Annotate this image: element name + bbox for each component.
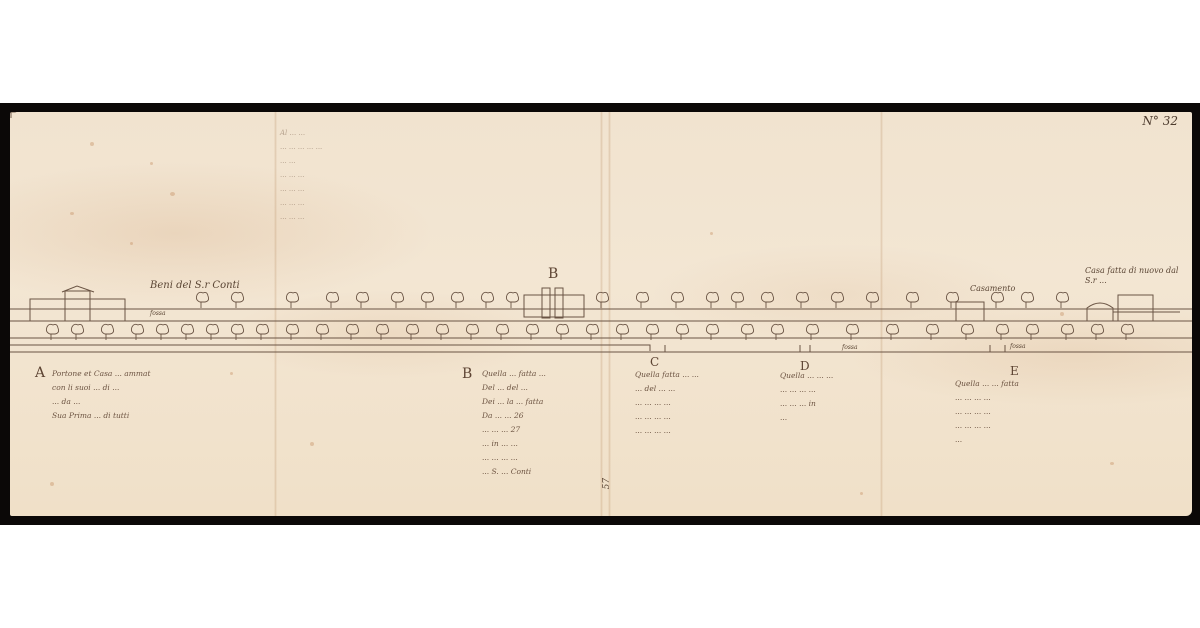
- fossa-label: fossa: [150, 310, 166, 318]
- fossa-label: fossa: [1010, 343, 1026, 351]
- marker-b-top: B: [548, 266, 558, 282]
- top-label: Beni del S.r Conti: [150, 280, 240, 293]
- marker-c: C: [650, 355, 659, 369]
- marker-b: B: [462, 366, 472, 382]
- annotation-b: Quella ... fatta ... Del ... del ... Dei…: [482, 367, 546, 479]
- annotation-e: Quella ... ... fatta ... ... ... ... ...…: [955, 377, 1019, 447]
- casamento-label: Casamento: [970, 284, 1015, 294]
- manuscript-sheet: N° 32 Al ... ... ... ... ... ... ... ...…: [10, 112, 1192, 516]
- annotation-a: Portone et Casa ... ammat con li suoi ..…: [52, 367, 151, 423]
- marker-a: A: [35, 365, 45, 381]
- annotation-d: Quella ... ... ... ... ... ... ... ... .…: [780, 369, 833, 425]
- road-plan-drawing: [10, 112, 1192, 516]
- annotation-c: Quella fatta ... ... ... del ... ... ...…: [635, 368, 699, 438]
- right-house-label: Casa fatta di nuovo dal S.r ...: [1085, 266, 1192, 286]
- scan-frame: N° 32 Al ... ... ... ... ... ... ... ...…: [0, 103, 1200, 525]
- fossa-label: fossa: [842, 344, 858, 352]
- margin-mark: 57: [602, 478, 613, 489]
- marker-e: E: [1010, 364, 1019, 378]
